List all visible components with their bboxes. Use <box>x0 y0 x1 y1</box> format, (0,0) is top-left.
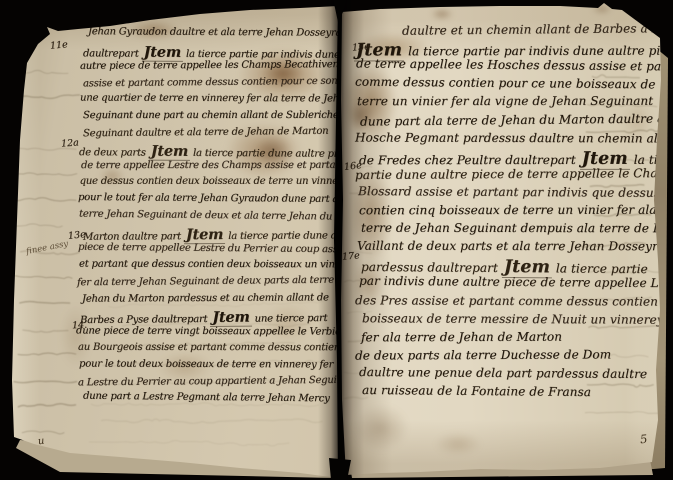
manuscript-line: dune piece de terre vingt boisseaux appe… <box>76 325 345 337</box>
folio-number: 5 <box>639 432 648 447</box>
margin-number-11: 11e <box>50 39 69 52</box>
margin-number-17: 17e <box>342 250 361 263</box>
manuscript-line: partie dune aultre piece de terre appell… <box>355 166 673 182</box>
manuscript-line: de terre appellee les Hosches dessus ass… <box>356 57 673 74</box>
manuscript-line: autre piece de terre appellee les Champs… <box>80 59 343 72</box>
manuscript-line: fer ala terre Jehan Seguinant de deux pa… <box>77 275 334 289</box>
manuscript-line: Seguinant dune part au chemin allant de … <box>83 110 339 121</box>
manuscript-scan: Jehan Gyraudon daultre et ala terre Jeha… <box>0 0 673 480</box>
manuscript-line: fer ala terre de Jehan de Marton <box>361 329 562 344</box>
margin-number-15: 15e <box>352 41 370 53</box>
manuscript-line: daultre et un chemin allant de Barbes a … <box>402 20 673 38</box>
item-paragraph-mark: Jtem <box>141 43 182 61</box>
margin-number-14: 14. <box>72 320 88 332</box>
item-paragraph-mark: Jtem <box>210 309 251 327</box>
margin-number-16: 16e <box>343 160 362 173</box>
manuscript-line: Barbes a Pyse daultrepart Jtem une tierc… <box>80 308 328 327</box>
manuscript-line: terre de Jehan Seguinant dempuis ala ter… <box>361 221 673 236</box>
manuscript-line: par indivis dune aultre piece de terre a… <box>359 274 673 291</box>
manuscript-line: Jehan du Marton pardessus et au chemin a… <box>82 292 329 304</box>
manuscript-line: au ruisseau de la Fontaine de Fransa <box>362 383 591 399</box>
manuscript-line: piece de terre appellee Lestre du Perrie… <box>78 242 351 256</box>
manuscript-line: pour le tout fer ala terre Jehan Gyraudo… <box>78 192 347 205</box>
margin-number-13: 13e <box>67 229 86 242</box>
manuscript-line: et partant que dessus contien deux boiss… <box>79 259 362 271</box>
manuscript-line: assise et partant comme dessus contien p… <box>83 75 341 89</box>
item-paragraph-mark: Jtem <box>184 226 225 244</box>
manuscript-line: une quartier de terre en vinnerey fer al… <box>80 93 351 105</box>
manuscript-line: dune part ala terre de Jehan du Marton d… <box>360 111 673 128</box>
manuscript-line: pour le tout deux boisseaux de terre en … <box>79 359 333 371</box>
manuscript-line: Vaillant de deux parts et ala terre Jeha… <box>356 239 673 254</box>
manuscript-line: des Pres assise et partant comme dessus … <box>355 293 673 308</box>
manuscript-line: Marton daultre part Jtem la tierce parti… <box>83 225 360 243</box>
manuscript-line: comme dessus contien pour ce une boissea… <box>355 75 656 92</box>
manuscript-line: Jehan Gyraudon daultre et ala terre Jeha… <box>88 26 354 38</box>
manuscript-line: terre un vinier fer ala vigne de Jehan S… <box>357 94 653 108</box>
manuscript-line: Blossard assise et partant par indivis q… <box>358 184 660 200</box>
manuscript-line: au Bourgeois assise et partant comme des… <box>78 342 340 353</box>
manuscript-line: boisseaux de terre messire de Nuuit un v… <box>362 311 664 327</box>
manuscript-line: terre Jehan Seguinant de deux et ala ter… <box>79 208 332 222</box>
manuscript-line: de deux parts ala terre Duchesse de Dom <box>355 347 611 362</box>
manuscript-line: a Lestre du Perrier au coup appartient a… <box>78 374 359 388</box>
manuscript-line: dune part a Lestre Pegmant ala terre Jeh… <box>83 391 330 405</box>
item-paragraph-mark: Jtem <box>148 143 189 161</box>
margin-number-12: 12a <box>61 137 79 149</box>
manuscript-line: de terre appellee Lestre des Champs assi… <box>81 160 345 171</box>
manuscript-line: contien cinq boisseaux de terre un vinie… <box>359 203 657 218</box>
manuscript-line: Seguinant daultre et ala terre de Jehan … <box>83 125 328 139</box>
manuscript-line: Hosche Pegmant pardessus daultre un chem… <box>355 130 673 145</box>
manuscript-line: de deux parts Jtem la tierce partie dune… <box>79 142 354 161</box>
manuscript-line: que dessus contien deux boisseaux de ter… <box>80 176 354 187</box>
manuscript-line: daultre une penue dela part pardessus da… <box>358 365 646 381</box>
